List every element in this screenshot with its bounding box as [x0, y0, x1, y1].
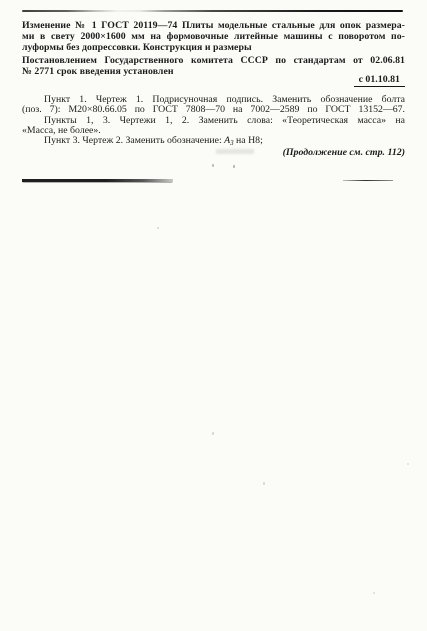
amendment-title-line: Изменение № 1 ГОСТ 20119—74 Плиты модель…: [22, 20, 405, 31]
amendment-title: Изменение № 1 ГОСТ 20119—74 Плиты модель…: [22, 20, 405, 54]
decree-line: Постановлением Государственного комитета…: [22, 55, 405, 66]
scan-speck: [157, 227, 159, 229]
scanned-document-page: Изменение № 1 ГОСТ 20119—74 Плиты модель…: [0, 0, 427, 631]
top-rule: [22, 10, 403, 12]
scan-speck: [233, 165, 235, 168]
bottom-rule-right-segment: [343, 180, 393, 182]
effective-date: с 01.10.81: [354, 74, 405, 88]
effective-date-line: с 01.10.81: [22, 74, 405, 88]
body-paragraph-3: Пункт 3. Чертеж 2. Заменить обозначение:…: [22, 136, 405, 146]
body-text: на Н8;: [234, 135, 263, 146]
bottom-rule-left-segment: [22, 179, 173, 181]
scan-speck: [212, 432, 214, 435]
symbol-a: А3: [224, 135, 233, 146]
body-line: Пункт 3. Чертеж 2. Заменить обозначение:…: [22, 136, 405, 146]
amendment-title-line: ми в свету 2000×1600 мм на формовочные л…: [22, 31, 405, 42]
body-text: Пункт 3. Чертеж 2. Заменить обозначение:: [44, 135, 224, 146]
scan-speck: [407, 463, 409, 465]
scan-speck: [373, 592, 375, 594]
amendment-title-line: луформы без допрессовки. Конструкция и р…: [22, 42, 405, 53]
continuation-note: (Продолжение см. стр. 112): [22, 147, 407, 158]
bottom-rule: [22, 179, 403, 183]
scan-speck: [212, 164, 214, 167]
scan-speck: [263, 482, 265, 485]
body-paragraph-1: Пункт 1. Чертеж 1. Подрисуночная подпись…: [22, 95, 405, 116]
body-paragraph-2: Пункты 1, 3. Чертежи 1, 2. Заменить слов…: [22, 116, 405, 137]
